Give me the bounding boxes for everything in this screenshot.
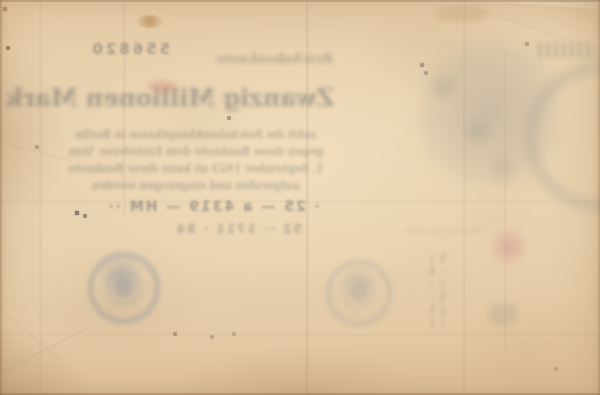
banknote-photo: 556820 Reichsbanknote Zwanzig Millionen … xyxy=(0,0,600,395)
edge-vignette-overlay xyxy=(0,0,600,395)
